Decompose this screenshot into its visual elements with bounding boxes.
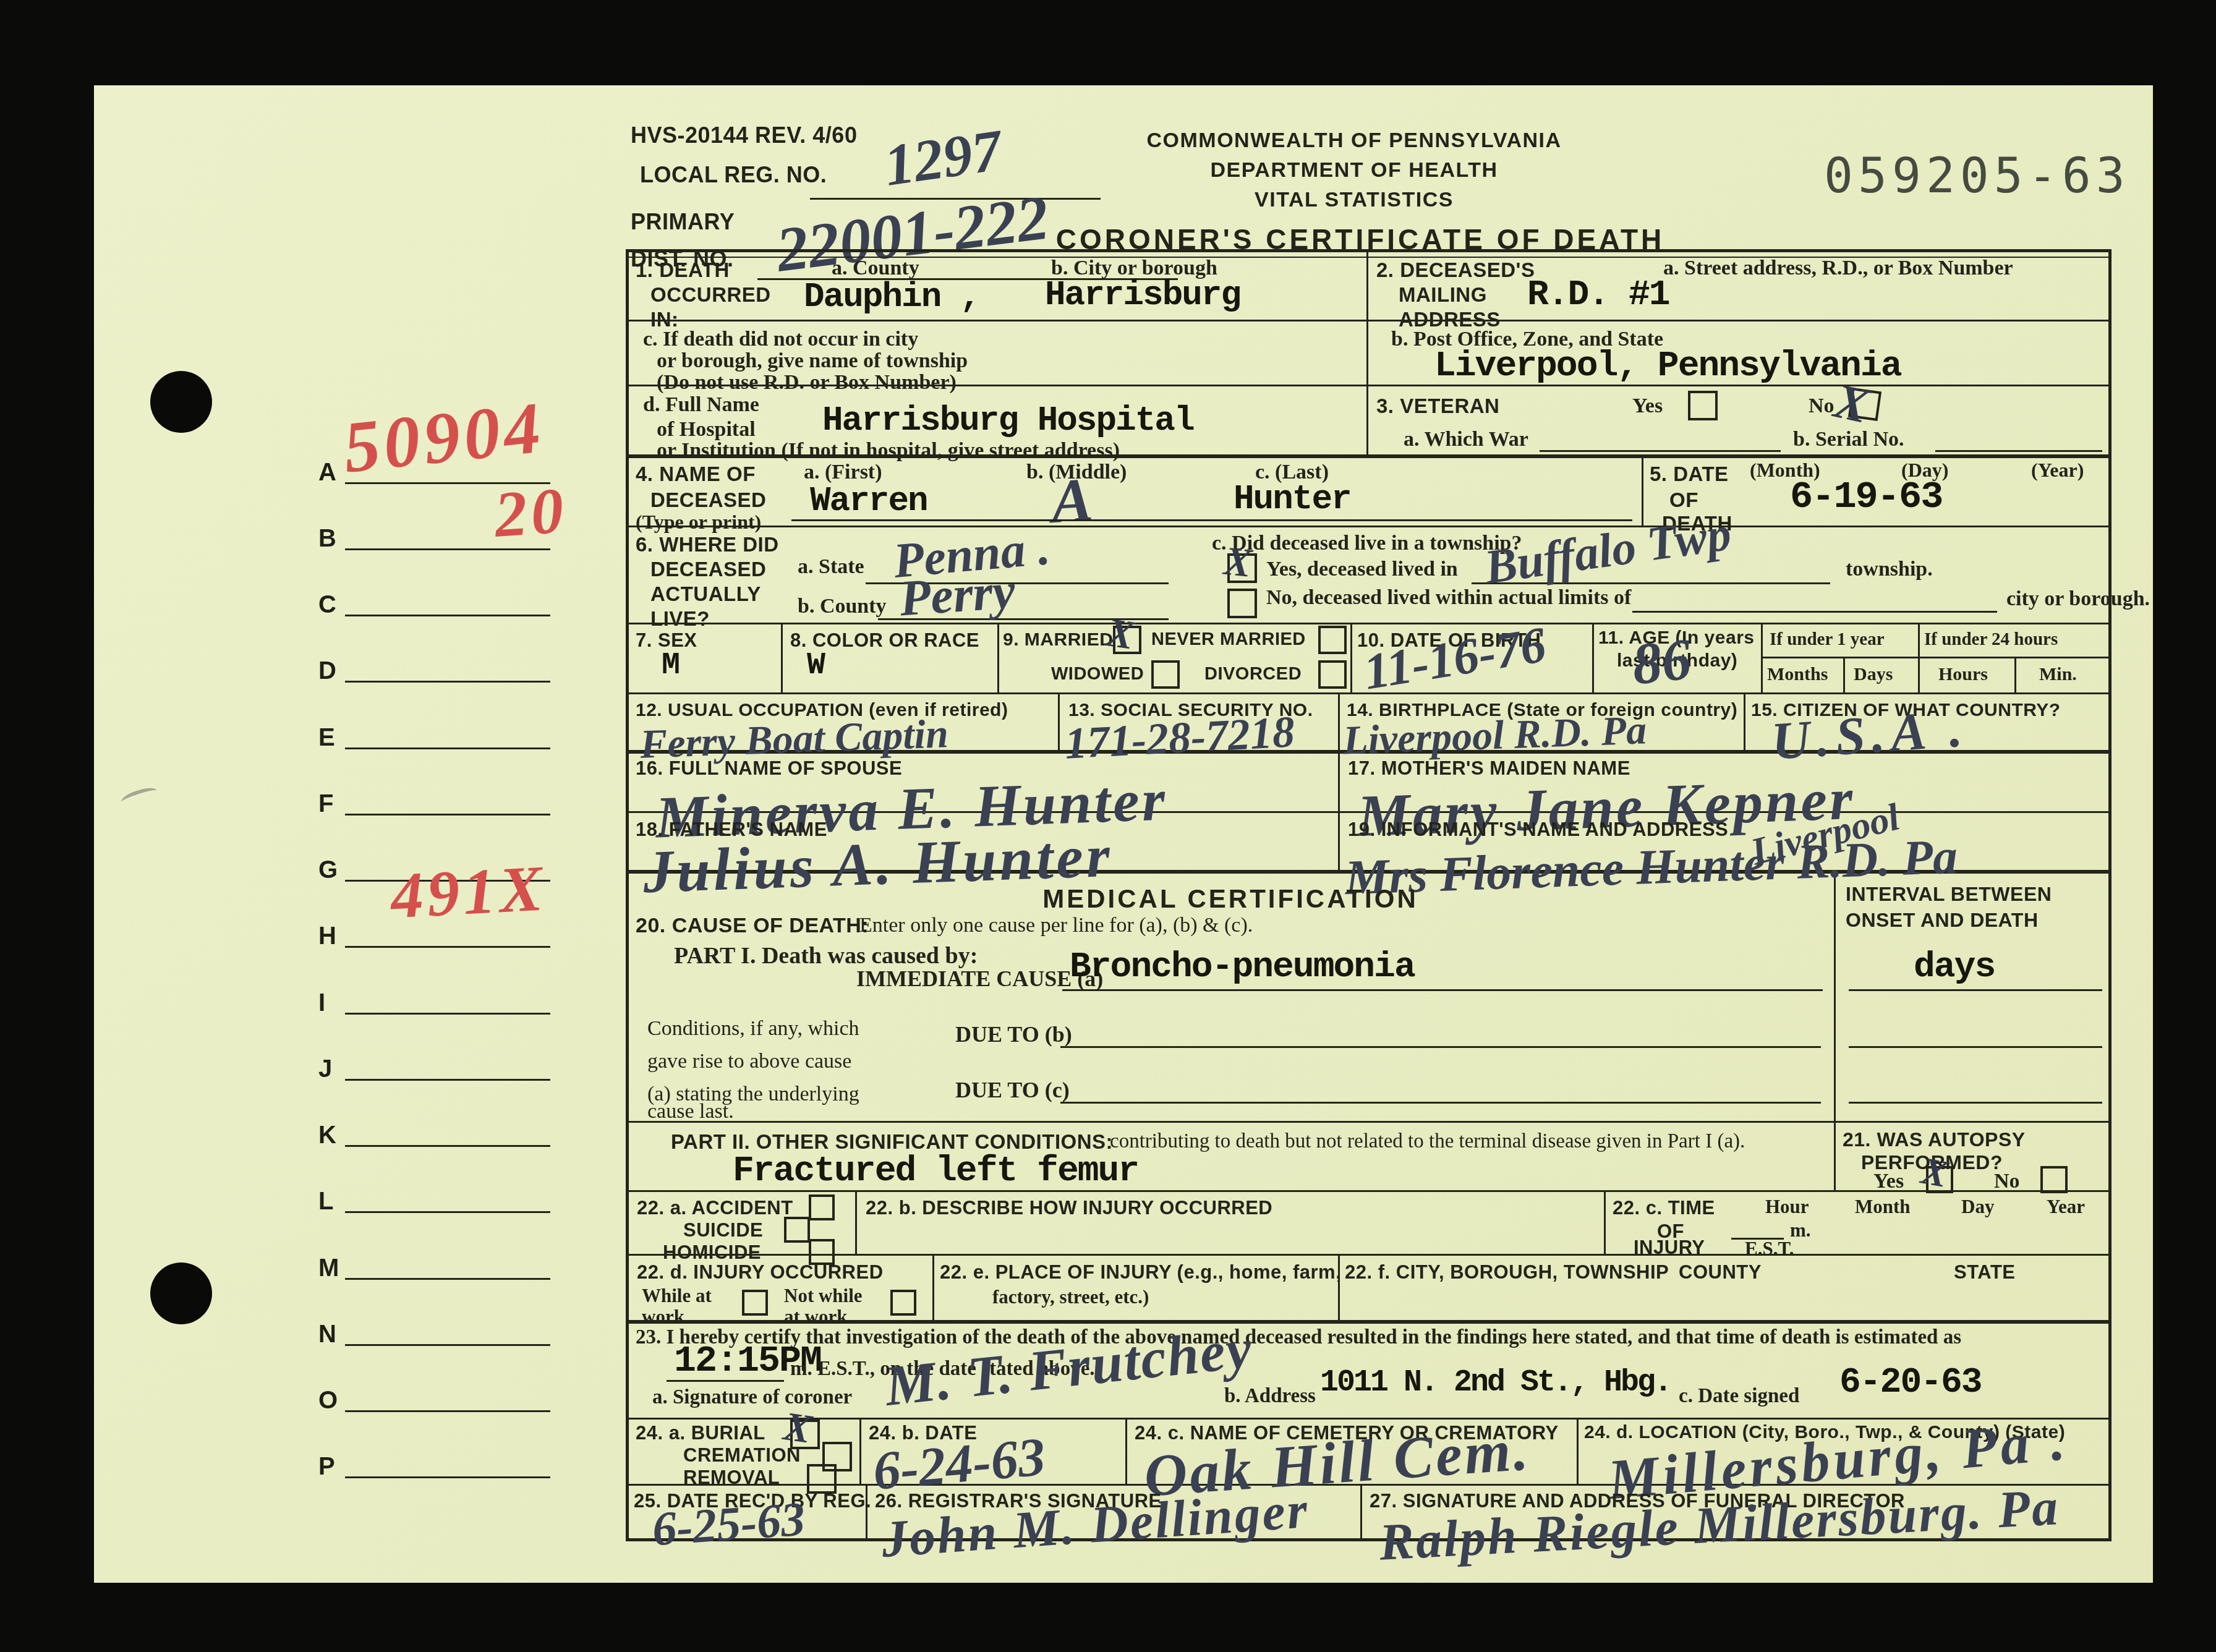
margin-line [345,1476,550,1478]
grid-line [1604,1190,1606,1254]
s2-street-value: R.D. #1 [1527,275,1669,315]
grid-line [1058,692,1060,750]
s23-address-label: b. Address [1224,1385,1316,1408]
interval-heading: INTERVAL BETWEEN [1846,883,2052,906]
conditions-note: Conditions, if any, which [647,1017,859,1041]
interval-b-line [1849,1046,2102,1048]
grid-line [626,1254,2112,1256]
s5-label: 5. DATE [1650,462,1729,486]
s22d-notwhile-label: Not while [784,1285,863,1307]
s9-widowed-checkbox [1151,660,1180,689]
grid-line [1577,1418,1579,1484]
s5-date-of-death-value: 6-19-63 [1790,475,1942,519]
margin-letter: I [318,989,325,1017]
s4-first-value: Warren [810,481,927,521]
grid-line [626,1320,2112,1324]
s25-date-recd-value: 6-25-63 [650,1491,807,1557]
grid-line [626,320,2112,321]
s20-cause-label: 20. CAUSE OF DEATH: [636,914,869,938]
s6-label: 6. WHERE DID [636,533,779,556]
s6-city-line [1632,611,1997,613]
s6-state-label: a. State [798,555,864,579]
s22d-notwhile-checkbox [890,1290,916,1316]
grid-line [932,1254,934,1320]
due-to-c-label: DUE TO (c) [955,1077,1070,1103]
margin-letter: E [318,724,335,752]
interval-value: days [1914,947,1995,987]
s1-hospital-label: d. Full Name [643,393,759,417]
s11-months-label: Months [1767,664,1828,685]
s22c-time-label: INJURY [1634,1237,1705,1259]
state-file-number-stamp: 059205-63 [1824,148,2130,204]
s3-serial-label: b. Serial No. [1793,428,1904,451]
s22a-homicide-label: HOMICIDE [663,1241,761,1264]
grid-line [626,1418,2112,1420]
red-file-number-2: 20 [492,472,569,552]
margin-line [345,814,550,815]
s19-informant-label: 19. INFORMANT'S NAME AND ADDRESS [1348,819,1728,841]
grid-line [1338,692,1340,750]
s22f-state-label: STATE [1954,1261,2016,1284]
interval-heading: ONSET AND DEATH [1846,909,2039,932]
s5-label: OF [1669,488,1698,512]
s22a-suicide-checkbox [784,1217,810,1243]
s11-under1yr-label: If under 1 year [1770,629,1885,650]
margin-line [345,1013,550,1015]
s4-label: 4. NAME OF [636,462,756,486]
margin-letter: L [318,1188,333,1216]
grid-line [1350,623,1352,692]
s1-township-note: c. If death did not occur in city [643,328,918,351]
s20-cause-instructions: Enter only one cause per line for (a), (… [859,914,1253,937]
margin-line [345,747,550,749]
s21-yes-label: Yes [1873,1170,1904,1193]
s3-no-label: No [1809,394,1835,418]
s23-date-signed-label: c. Date signed [1679,1385,1799,1408]
s21-autopsy-label: 21. WAS AUTOPSY [1843,1128,2026,1151]
s5-year-label: (Year) [2031,459,2084,482]
conditions-note: gave rise to above cause [647,1050,851,1073]
s6-yes-text: Yes, deceased lived in [1266,558,1458,581]
grid-line [1366,249,1368,454]
interval-c-line [1849,1102,2102,1104]
s1-hospital-label: of Hospital [657,418,756,441]
punch-hole-bottom [150,1262,212,1324]
s4-middle-value: A [1049,464,1095,537]
s3-which-war-label: a. Which War [1404,428,1528,451]
s3-yes-label: Yes [1632,394,1663,418]
s22c-day-label: Day [1961,1196,1994,1218]
interval-line [1849,989,2102,991]
s4-label: DECEASED [650,488,766,512]
vital-statistics-heading: VITAL STATISTICS [1255,188,1454,212]
s6-yes-checkmark: X [1222,538,1254,587]
s3-which-war-line [1540,450,1781,452]
s23-address-value: 1011 N. 2nd St., Hbg. [1320,1365,1671,1400]
s22b-describe-label: 22. b. DESCRIBE HOW INJURY OCCURRED [866,1197,1272,1219]
s24-removal-checkbox [807,1464,837,1494]
grid-line [1761,657,2112,658]
margin-line [345,946,550,948]
grid-line [2014,657,2016,692]
margin-letter: O [318,1387,338,1415]
s6-label: ACTUALLY [650,582,761,606]
s23-date-signed-value: 6-20-63 [1839,1363,1982,1403]
grid-line [997,623,999,692]
conditions-note: cause last. [647,1100,734,1123]
s6-no-checkbox [1227,589,1257,618]
margin-letter: C [318,591,336,619]
part2-instructions: contributing to death but not related to… [1110,1130,1745,1153]
s1-label: 1. DEATH [636,258,730,282]
s24-burial-label: 24. a. BURIAL [636,1422,765,1444]
margin-line [345,615,550,616]
s2-postoffice-value: Liverpool, Pennsylvania [1434,346,1901,386]
margin-letter: K [318,1122,336,1149]
s8-race-value: W [807,648,824,683]
immediate-cause-line [1062,989,1823,991]
grid-line [626,623,2112,624]
grid-line [859,1418,861,1484]
s23-time-line [667,1380,784,1382]
s22d-while-label: While at [642,1285,712,1307]
s22d-notwhile-label: at work [784,1306,847,1328]
s22c-est-label: E.S.T. [1745,1238,1794,1260]
s3-veteran-label: 3. VETERAN [1376,394,1499,418]
s1-city-value: Harrisburg [1045,275,1240,315]
s11-days-label: Days [1854,664,1893,685]
margin-letter: N [318,1321,336,1348]
s9-never-married-checkbox [1318,626,1347,654]
s22e-place-label: factory, street, etc.) [992,1286,1149,1308]
department-heading: DEPARTMENT OF HEALTH [1210,158,1498,182]
margin-letter: P [318,1453,335,1481]
s22d-while-label: work [642,1306,684,1328]
immediate-cause-label: IMMEDIATE CAUSE (a) [856,966,1103,992]
s4-last-value: Hunter [1234,479,1351,519]
s6-no-text: No, deceased lived within actual limits … [1266,586,1631,610]
margin-letter: A [318,459,336,487]
grid-line [1592,623,1594,692]
s22c-time-label: 22. c. TIME [1613,1197,1715,1219]
local-reg-label: LOCAL REG. NO. [640,162,827,188]
medical-certification-heading: MEDICAL CERTIFICATION [1042,884,1418,914]
s2-street-label: a. Street address, R.D., or Box Number [1663,257,2013,280]
s6-county-value: Perry [898,562,1017,628]
s21-no-label: No [1994,1170,2020,1193]
s6-city-suffix: city or borough. [2006,587,2150,611]
commonwealth-heading: COMMONWEALTH OF PENNSYLVANIA [1147,129,1562,153]
margin-line [345,1278,550,1280]
margin-line [345,1211,550,1213]
s22d-injury-label: 22. d. INJURY OCCURRED [637,1261,884,1284]
s9-never-married-label: NEVER MARRIED [1151,629,1306,650]
s24-cremation-label: CREMATION [683,1444,801,1467]
grid-line [1642,454,1643,526]
s11-hours-label: Hours [1938,664,1988,685]
margin-letter: B [318,525,336,553]
s21-no-checkbox [2040,1166,2068,1193]
s9-divorced-checkbox [1318,660,1347,689]
punch-hole-top [150,371,212,433]
s6-county-label: b. County [798,595,887,618]
s23-coroner-sig-label: a. Signature of coroner [652,1386,852,1409]
s2-label: 2. DECEASED'S [1376,258,1535,282]
part2-heading: PART II. OTHER SIGNIFICANT CONDITIONS: [671,1130,1113,1154]
grid-line [1338,750,1340,811]
s22c-hour-label: Hour [1765,1196,1809,1218]
grid-line [1125,1418,1127,1484]
grid-line [626,1121,2112,1123]
s11-under24h-label: If under 24 hours [1924,629,2058,650]
s22c-month-label: Month [1855,1196,1911,1218]
grid-line [855,1190,857,1254]
s6-township-suffix: township. [1846,558,1933,581]
s9-divorced-label: DIVORCED [1204,664,1302,684]
margin-line [345,1410,550,1412]
s1-township-note: or borough, give name of township [657,349,968,373]
s22a-suicide-label: SUICIDE [683,1219,763,1241]
s4-name-line [791,519,1632,521]
s22a-accident-checkbox [809,1194,835,1220]
s22a-accident-label: 22. a. ACCIDENT [637,1197,793,1219]
form-number: HVS-20144 REV. 4/60 [631,122,857,148]
s2-label: MAILING [1399,283,1487,307]
s6-label: LIVE? [650,607,710,631]
margin-letter: D [318,657,336,685]
s1-hospital-value: Harrisburg Hospital [822,401,1194,440]
due-to-b-label: DUE TO (b) [955,1021,1072,1047]
s1-label: OCCURRED [650,283,771,307]
margin-letter: J [318,1055,332,1083]
s23-certify-text: 23. I hereby certify that investigation … [636,1326,1961,1349]
immediate-cause-value: Broncho-pneumonia [1070,947,1415,987]
margin-line [345,1344,550,1346]
s1-hospital-label: or Institution (If not in hospital, give… [657,439,1120,462]
s24-removal-label: REMOVAL [683,1467,780,1489]
margin-line [345,681,550,683]
due-to-c-line [1060,1102,1821,1104]
s3-serial-line [1935,450,2102,452]
s3-yes-checkbox [1688,391,1718,420]
s9-widowed-label: WIDOWED [1051,664,1144,684]
margin-letter: F [318,790,333,818]
s7-sex-value: M [662,648,679,683]
grid-line [1338,811,1340,870]
s22f-city-label: 22. f. CITY, BOROUGH, TOWNSHIP [1345,1261,1669,1284]
red-code-number: 491X [389,851,548,934]
scanned-death-certificate: A B C D E F G H I J K L M N O P 50904 20… [0,0,2216,1652]
grid-line [1744,692,1745,750]
grid-line [781,623,783,692]
margin-letter: G [318,856,338,884]
s22c-year-label: Year [2047,1196,2085,1218]
part2-value: Fractured left femur [733,1151,1138,1191]
grid-line [626,526,2112,527]
s1-county-value: Dauphin , [804,277,979,317]
s9-married-label: 9. MARRIED [1003,629,1113,650]
grid-line [1843,657,1845,692]
margin-line [345,1079,550,1081]
s6-township-question: c. Did deceased live in a township? [1212,532,1522,555]
s4-label: (Type or print) [636,511,761,534]
margin-letter: H [318,922,336,950]
s1-township-note: (Do not use R.D. or Box Number) [657,371,957,394]
s22e-place-label: 22. e. PLACE OF INJURY (e.g., home, farm… [940,1261,1341,1284]
s11-min-label: Min. [2039,664,2077,685]
s22d-while-checkbox [742,1290,768,1316]
due-to-b-line [1060,1046,1821,1048]
primary-label: PRIMARY [631,209,735,235]
s22f-county-label: COUNTY [1679,1261,1762,1284]
s11-age-value: 86 [1629,624,1695,698]
s6-label: DECEASED [650,558,766,581]
grid-line [1834,870,1836,1190]
margin-line [345,1145,550,1147]
margin-letter: M [318,1254,339,1282]
